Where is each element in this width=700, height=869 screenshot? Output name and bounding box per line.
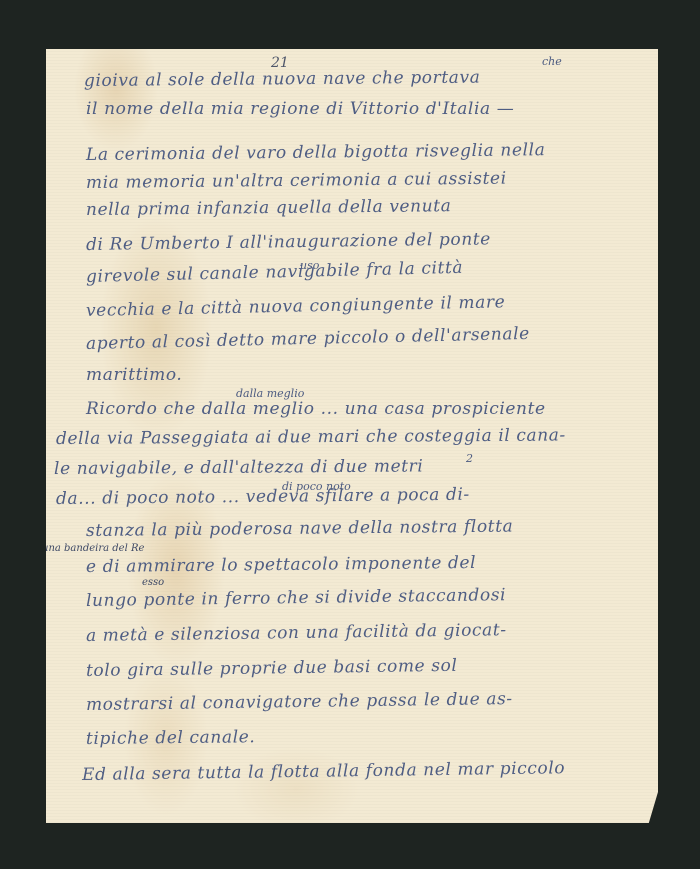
- manuscript-line: vecchia e la città nuova congiungente il…: [86, 292, 506, 321]
- manuscript-line: il nome della mia regione di Vittorio d'…: [86, 99, 514, 119]
- manuscript-line: girevole sul canale navigabile fra la ci…: [86, 258, 464, 287]
- interlinear-insert: che: [542, 55, 562, 68]
- manuscript-line: mia memoria un'altra cerimonia a cui ass…: [86, 169, 507, 193]
- manuscript-line: marittimo.: [86, 365, 182, 385]
- manuscript-line: gioiva al sole della nuova nave che port…: [84, 68, 481, 91]
- manuscript-line: tipiche del canale.: [86, 727, 256, 749]
- manuscript-line: lungo ponte in ferro che si divide stacc…: [86, 585, 506, 611]
- manuscript-line: da... di poco noto ... vedeva sfilare a …: [56, 485, 470, 509]
- manuscript-line: le navigabile, e dall'altezza di due met…: [54, 456, 424, 479]
- manuscript-line: La cerimonia del varo della bigotta risv…: [86, 140, 546, 165]
- margin-note: esso: [142, 577, 164, 589]
- manuscript-line: aperto al così detto mare piccolo o dell…: [86, 324, 530, 354]
- manuscript-line: mostrarsi al conavigatore che passa le d…: [86, 689, 513, 715]
- margin-note: una bandeira del Re: [42, 543, 144, 555]
- manuscript-line: della via Passeggiata ai due mari che co…: [56, 425, 566, 449]
- manuscript-line: Ricordo che dalla meglio ... una casa pr…: [86, 399, 546, 419]
- manuscript-line: Ed alla sera tutta la flotta alla fonda …: [82, 758, 565, 785]
- manuscript-page: 21 gioiva al sole della nuova nave che p…: [46, 49, 658, 823]
- interlinear-insert: 2: [466, 452, 473, 465]
- manuscript-line: di Re Umberto I all'inaugurazione del po…: [86, 229, 491, 255]
- manuscript-line: stanza la più poderosa nave della nostra…: [86, 517, 514, 541]
- manuscript-line: nella prima infanzia quella della venuta: [86, 196, 452, 220]
- manuscript-line: e di ammirare lo spettacolo imponente de…: [86, 553, 476, 577]
- manuscript-line: tolo gira sulle proprie due basi come so…: [86, 656, 458, 681]
- manuscript-line: a metà e silenziosa con una facilità da …: [86, 620, 507, 646]
